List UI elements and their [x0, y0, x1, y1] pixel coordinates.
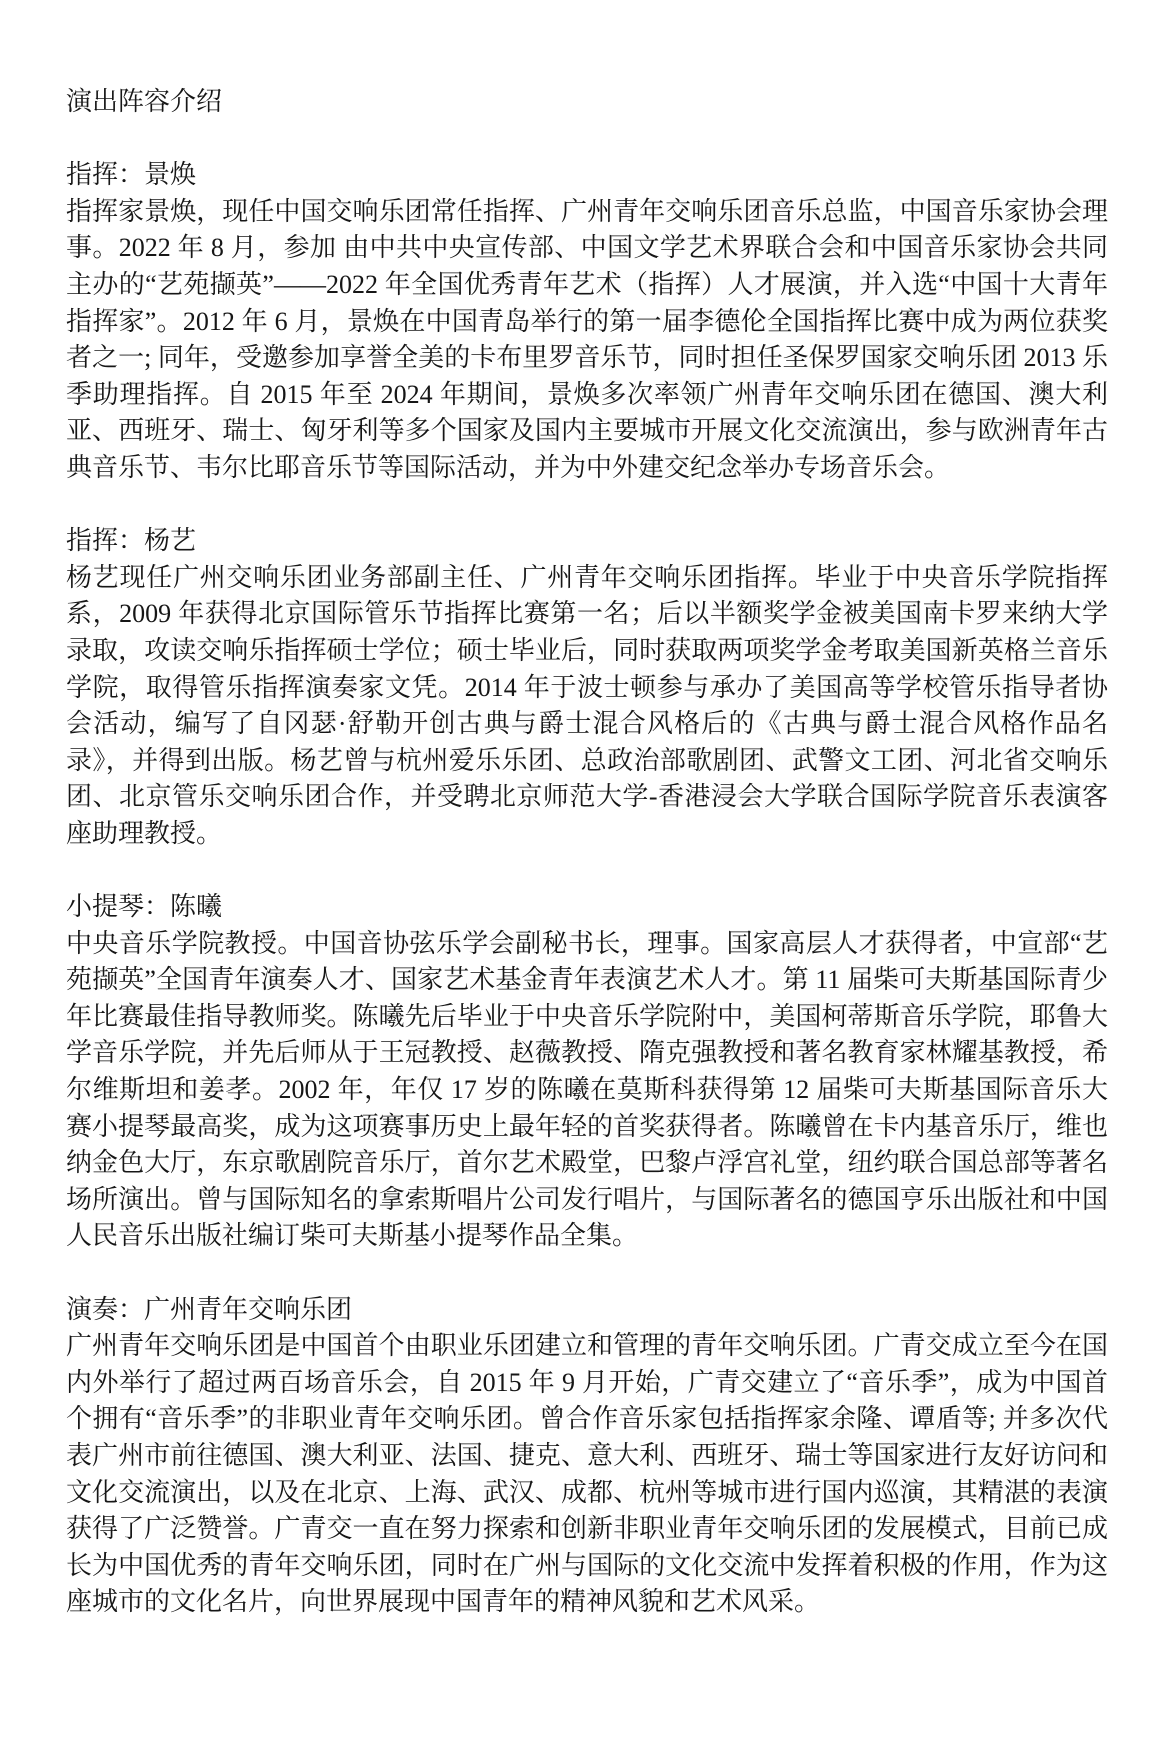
section-body: 杨艺现任广州交响乐团业务部副主任、广州青年交响乐团指挥。毕业于中央音乐学院指挥系… [66, 560, 1108, 853]
section-conductor-jinghuan: 指挥：景焕 指挥家景焕，现任中国交响乐团常任指挥、广州青年交响乐团音乐总监，中国… [66, 157, 1108, 486]
section-body: 中央音乐学院教授。中国音协弦乐学会副秘书长，理事。国家高层人才获得者，中宣部“艺… [66, 926, 1108, 1255]
document-page: 演出阵容介绍 指挥：景焕 指挥家景焕，现任中国交响乐团常任指挥、广州青年交响乐团… [0, 0, 1170, 1751]
section-orchestra-gyso: 演奏：广州青年交响乐团 广州青年交响乐团是中国首个由职业乐团建立和管理的青年交响… [66, 1292, 1108, 1621]
section-heading: 小提琴：陈曦 [66, 889, 1108, 926]
section-body: 指挥家景焕，现任中国交响乐团常任指挥、广州青年交响乐团音乐总监，中国音乐家协会理… [66, 194, 1108, 487]
section-heading: 指挥：景焕 [66, 157, 1108, 194]
section-body: 广州青年交响乐团是中国首个由职业乐团建立和管理的青年交响乐团。广青交成立至今在国… [66, 1328, 1108, 1621]
document-title: 演出阵容介绍 [66, 84, 1108, 121]
section-violin-chenxi: 小提琴：陈曦 中央音乐学院教授。中国音协弦乐学会副秘书长，理事。国家高层人才获得… [66, 889, 1108, 1255]
section-heading: 指挥：杨艺 [66, 523, 1108, 560]
section-heading: 演奏：广州青年交响乐团 [66, 1292, 1108, 1329]
section-conductor-yangyi: 指挥：杨艺 杨艺现任广州交响乐团业务部副主任、广州青年交响乐团指挥。毕业于中央音… [66, 523, 1108, 852]
